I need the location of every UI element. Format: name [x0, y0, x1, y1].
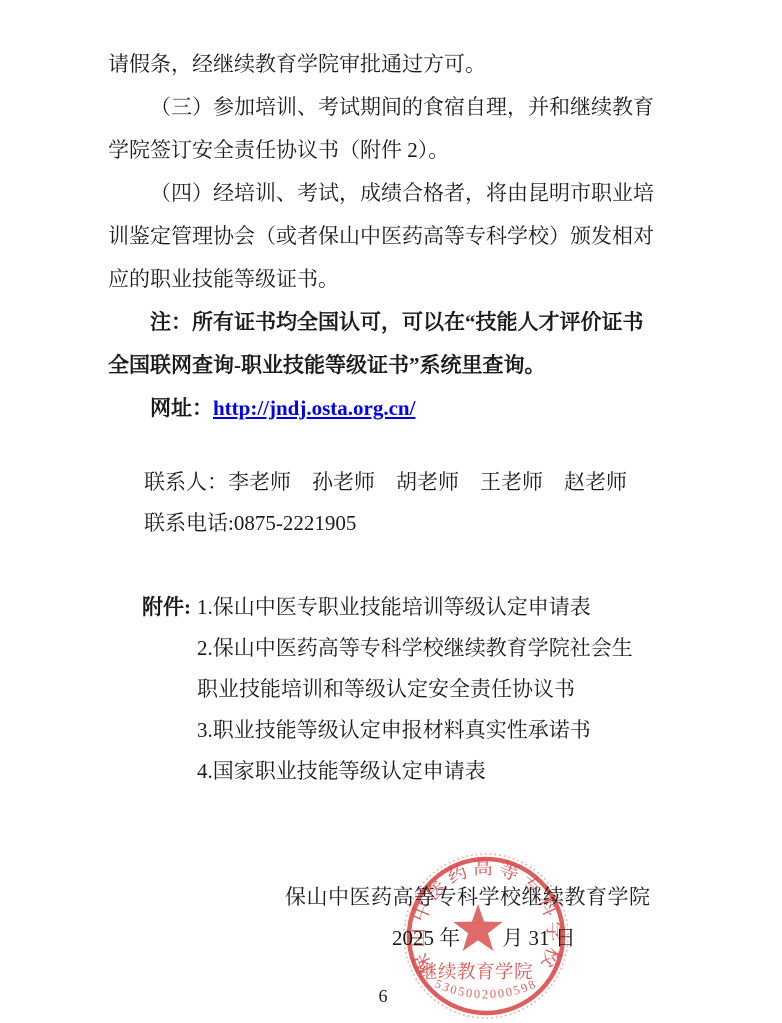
attachment-item: 2.保山中医药高等专科学校继续教育学院社会生: [197, 628, 633, 669]
contact-person-line: 联系人：李老师 孙老师 胡老师 王老师 赵老师: [108, 462, 627, 503]
osta-link[interactable]: http://jndj.osta.org.cn/: [213, 396, 415, 420]
body-line: （三）参加培训、考试期间的食宿自理，并和继续教育: [108, 86, 688, 129]
contact-block: 联系人：李老师 孙老师 胡老师 王老师 赵老师 联系电话:0875-222190…: [108, 462, 627, 544]
document-page: 请假条，经继续教育学院审批通过方可。 （三）参加培训、考试期间的食宿自理，并和继…: [0, 0, 782, 1023]
body-line: 请假条，经继续教育学院审批通过方可。: [108, 43, 688, 86]
seal-ring-text: 保山中医药高等专科学校: [406, 856, 566, 977]
body-text: 请假条，经继续教育学院审批通过方可。 （三）参加培训、考试期间的食宿自理，并和继…: [108, 43, 688, 430]
body-line: 训鉴定管理协会（或者保山中医药高等专科学校）颁发相对: [108, 215, 688, 258]
official-seal: 保山中医药高等专科学校 继续教育学院 5305002000598: [401, 851, 571, 1021]
page-number: 6: [368, 986, 398, 1007]
attachments-block: 附件: 1.保山中医专职业技能培训等级认定申请表 2.保山中医药高等专科学校继续…: [108, 587, 633, 792]
star-icon: [453, 904, 502, 951]
seal-banner-text: 继续教育学院: [419, 962, 533, 983]
contact-phone-line: 联系电话:0875-2221905: [108, 503, 627, 544]
body-line: 应的职业技能等级证书。: [108, 258, 688, 301]
attachment-item-continuation: 职业技能培训和等级认定安全责任协议书: [197, 669, 633, 710]
attachment-item: 4.国家职业技能等级认定申请表: [197, 751, 633, 792]
url-label: 网址：: [150, 396, 213, 420]
body-line: 学院签订安全责任协议书（附件 2）。: [108, 129, 688, 172]
body-line: （四）经培训、考试，成绩合格者，将由昆明市职业培: [108, 172, 688, 215]
note-line: 注：所有证书均全国认可，可以在“技能人才评价证书: [108, 301, 688, 344]
attachments-list: 1.保山中医专职业技能培训等级认定申请表 2.保山中医药高等专科学校继续教育学院…: [197, 587, 633, 792]
attachments-label: 附件:: [108, 587, 191, 628]
attachment-item: 1.保山中医专职业技能培训等级认定申请表: [197, 587, 633, 628]
attachment-item: 3.职业技能等级认定申报材料真实性承诺书: [197, 710, 633, 751]
url-line: 网址：http://jndj.osta.org.cn/: [108, 387, 688, 430]
note-line: 全国联网查询-职业技能等级证书”系统里查询。: [108, 344, 688, 387]
